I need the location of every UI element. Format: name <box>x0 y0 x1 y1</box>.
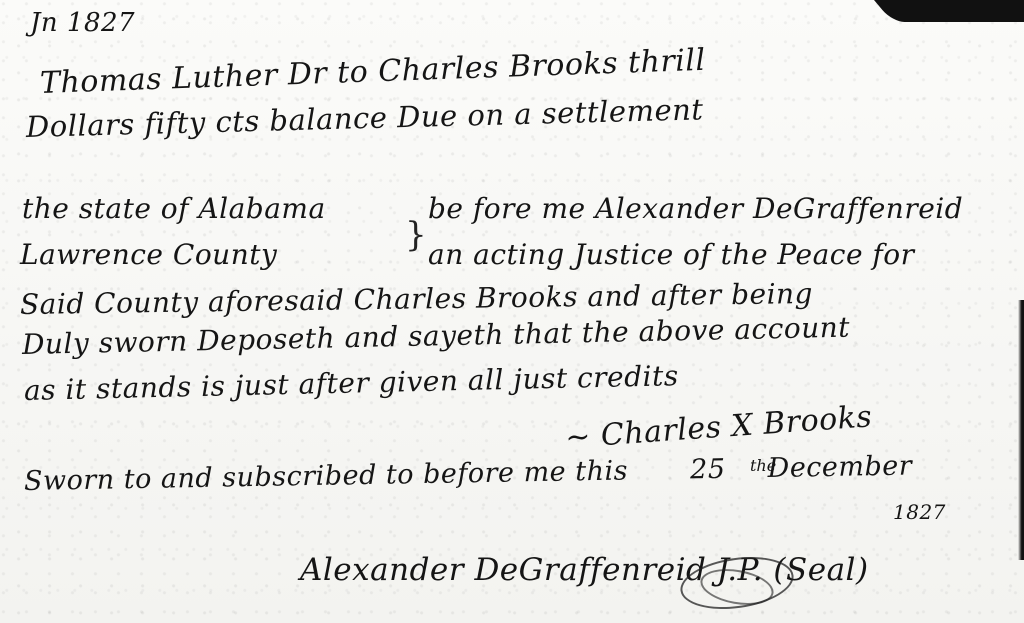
scan-edge-shadow <box>1018 300 1024 560</box>
jurat-day: 25 <box>690 454 726 486</box>
body-line-justice: an acting Justice of the Peace for <box>428 238 915 271</box>
body-line-before-me: be fore me Alexander DeGraffenreid <box>428 192 963 225</box>
scan-corner-shadow <box>874 0 1024 22</box>
jurat-month: December <box>767 451 912 485</box>
venue-state: the state of Alabama <box>22 192 326 225</box>
body-line-just-credits: as it stands is just after given all jus… <box>24 359 679 407</box>
header-date: Jn 1827 <box>30 8 135 38</box>
jurat-year: 1827 <box>893 500 946 524</box>
account-line-amount: Dollars fifty cts balance Due on a settl… <box>26 92 704 144</box>
venue-brace: } <box>405 215 427 255</box>
scanned-document-page: Jn 1827 Thomas Luther Dr to Charles Broo… <box>0 0 1024 623</box>
affiant-signature: ~ Charles X Brooks <box>564 399 873 455</box>
account-line-debtor: Thomas Luther Dr to Charles Brooks thril… <box>39 43 706 101</box>
venue-county: Lawrence County <box>20 238 277 271</box>
jurat-line: Sworn to and subscribed to before me thi… <box>24 451 913 497</box>
jurat-text: Sworn to and subscribed to before me thi… <box>24 455 628 497</box>
jurat-day-superscript: the <box>750 456 776 475</box>
